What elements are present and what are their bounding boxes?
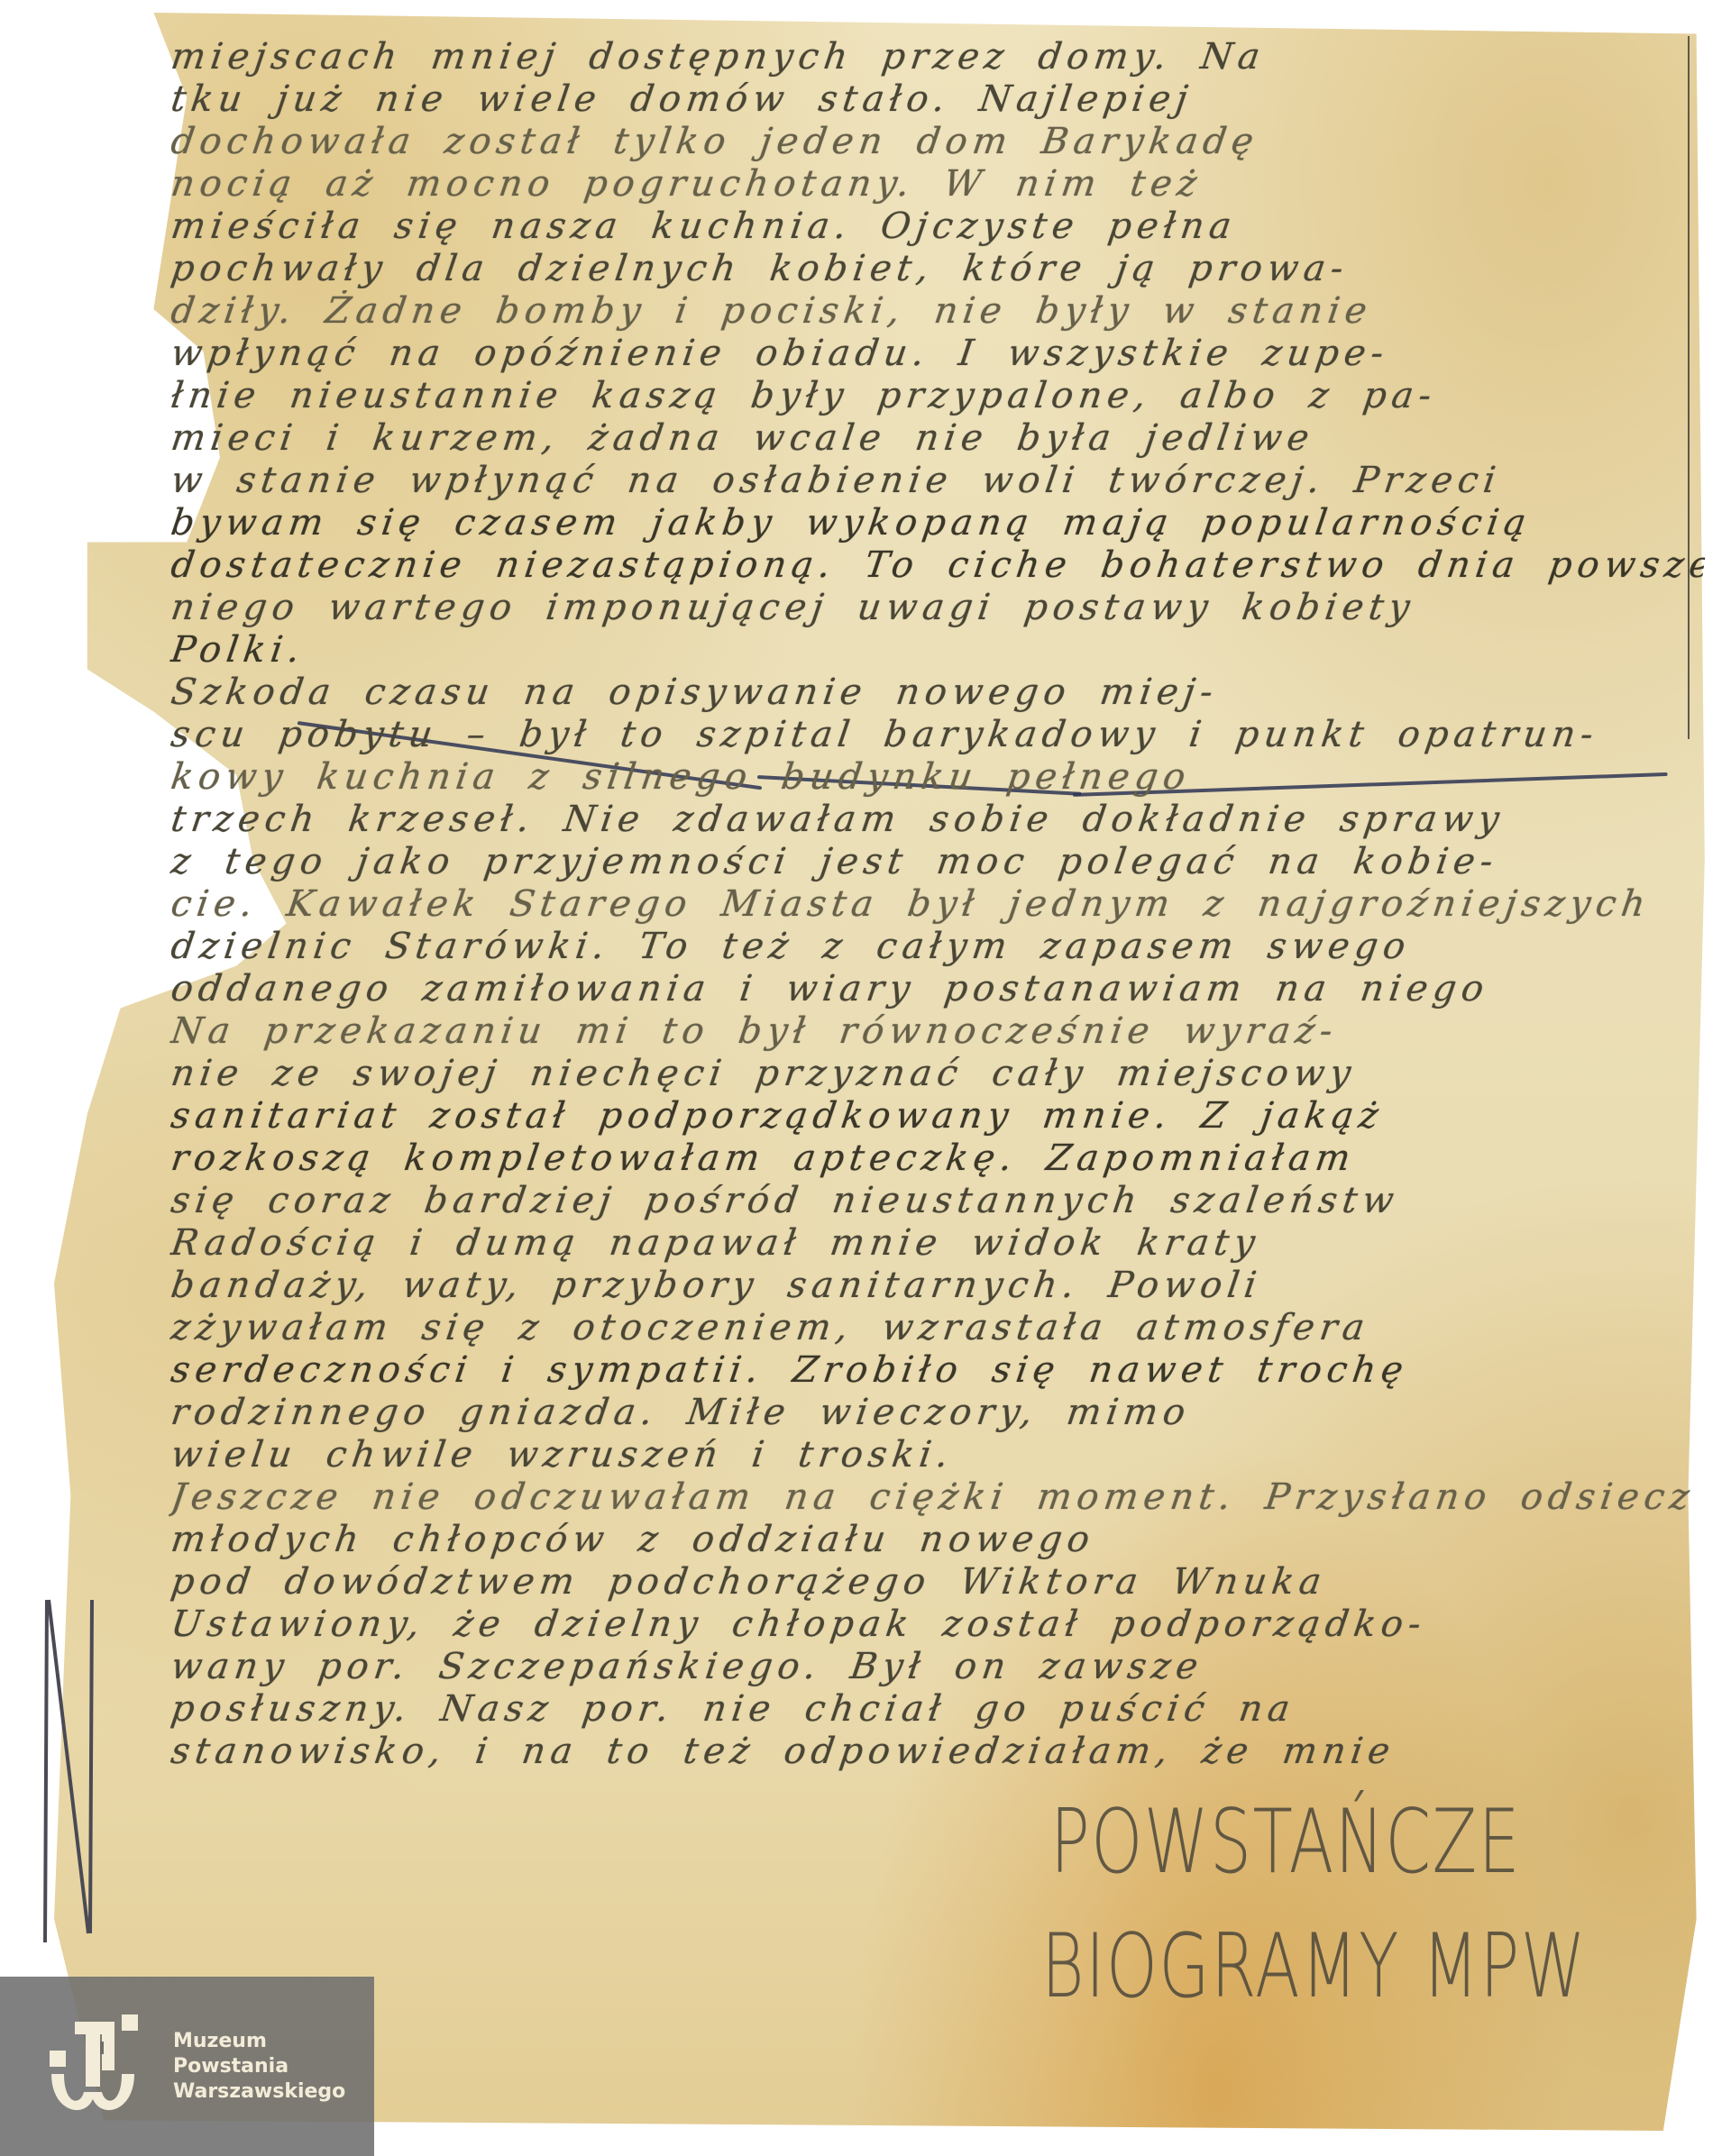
handwritten-line: bywam się czasem jakby wykopaną mają pop… — [169, 502, 1708, 544]
handwritten-line: z tego jako przyjemności jest moc polega… — [169, 841, 1708, 883]
handwritten-line: Szkoda czasu na opisywanie nowego miej- — [169, 671, 1708, 714]
handwritten-line: nocią aż mocno pogruchotany. W nim też — [169, 163, 1708, 206]
museum-logo-badge: Muzeum Powstania Warszawskiego — [0, 1977, 374, 2156]
handwritten-line: łnie nieustannie kaszą były przypalone, … — [169, 375, 1708, 417]
handwritten-line: scu pobytu – był to szpital barykadowy i… — [169, 714, 1708, 756]
handwritten-text-body: miejscach mniej dostępnych przez domy. N… — [171, 36, 1704, 1773]
handwritten-line: trzech krzeseł. Nie zdawałam sobie dokła… — [169, 799, 1708, 841]
kotwica-anchor-icon — [50, 2014, 153, 2118]
watermark-line-1: POWSTAŃCZE — [1050, 1798, 1478, 1886]
handwritten-line: Ustawiony, że dzielny chłopak został pod… — [169, 1603, 1708, 1646]
handwritten-line: pochwały dla dzielnych kobiet, które ją … — [169, 248, 1708, 290]
handwritten-line: dostatecznie niezastąpioną. To ciche boh… — [169, 544, 1708, 587]
handwritten-line: zżywałam się z otoczeniem, wzrastała atm… — [169, 1307, 1708, 1349]
handwritten-line: tku już nie wiele domów stało. Najlepiej — [169, 78, 1708, 121]
margin-n-mark — [36, 1591, 108, 1951]
handwritten-line: niego wartego imponującej uwagi postawy … — [169, 587, 1708, 629]
handwritten-line: dzielnic Starówki. To też z całym zapase… — [169, 926, 1708, 968]
handwritten-line: mieci i kurzem, żadna wcale nie była jed… — [169, 417, 1708, 460]
handwritten-line: rozkoszą kompletowałam apteczkę. Zapomni… — [169, 1137, 1708, 1180]
museum-name: Muzeum Powstania Warszawskiego — [173, 2029, 345, 2105]
museum-name-line-2: Powstania — [173, 2054, 345, 2079]
handwritten-line: się coraz bardziej pośród nieustannych s… — [169, 1180, 1708, 1222]
watermark-line-2: BIOGRAMY MPW — [1041, 1923, 1475, 2011]
handwritten-line: wany por. Szczepańskiego. Był on zawsze — [169, 1646, 1708, 1688]
handwritten-line: miejscach mniej dostępnych przez domy. N… — [169, 36, 1708, 78]
handwritten-line: dochowała został tylko jeden dom Barykad… — [169, 121, 1708, 163]
handwritten-line: Na przekazaniu mi to był równocześnie wy… — [169, 1010, 1708, 1053]
handwritten-line: Jeszcze nie odczuwałam na ciężki moment.… — [169, 1476, 1708, 1519]
handwritten-line: pod dowództwem podchorążego Wiktora Wnuk… — [169, 1561, 1708, 1603]
handwritten-line: posłuszny. Nasz por. nie chciał go puści… — [169, 1688, 1708, 1731]
handwritten-line: bandaży, waty, przybory sanitarnych. Pow… — [169, 1265, 1708, 1307]
museum-name-line-1: Muzeum — [173, 2029, 345, 2054]
handwritten-line: oddanego zamiłowania i wiary postanawiam… — [169, 968, 1708, 1010]
handwritten-line: rodzinnego gniazda. Miłe wieczory, mimo — [169, 1392, 1708, 1434]
handwritten-line: kowy kuchnia z silnego budynku pełnego — [169, 756, 1708, 799]
handwritten-line: wielu chwile wzruszeń i troski. — [169, 1434, 1708, 1476]
handwritten-line: w stanie wpłynąć na osłabienie woli twór… — [169, 460, 1708, 502]
handwritten-line: młodych chłopców z oddziału nowego — [169, 1519, 1708, 1561]
handwritten-line: sanitariat został podporządkowany mnie. … — [169, 1095, 1708, 1137]
handwritten-line: serdeczności i sympatii. Zrobiło się naw… — [169, 1349, 1708, 1392]
handwritten-line: cie. Kawałek Starego Miasta był jednym z… — [169, 883, 1708, 926]
handwritten-line: wpłynąć na opóźnienie obiadu. I wszystki… — [169, 333, 1708, 375]
handwritten-line: nie ze swojej niechęci przyznać cały mie… — [169, 1053, 1708, 1095]
handwritten-line: dziły. Żadne bomby i pociski, nie były w… — [169, 290, 1708, 333]
museum-name-line-3: Warszawskiego — [173, 2079, 345, 2105]
handwritten-line: stanowisko, i na to też odpowiedziałam, … — [169, 1731, 1708, 1773]
handwritten-line: Radością i dumą napawał mnie widok kraty — [169, 1222, 1708, 1265]
handwritten-line: mieściła się nasza kuchnia. Ojczyste peł… — [169, 206, 1708, 248]
handwritten-line: Polki. — [169, 629, 1708, 671]
powstancze-biogramy-watermark: POWSTAŃCZE BIOGRAMY MPW — [1050, 1798, 1627, 2011]
